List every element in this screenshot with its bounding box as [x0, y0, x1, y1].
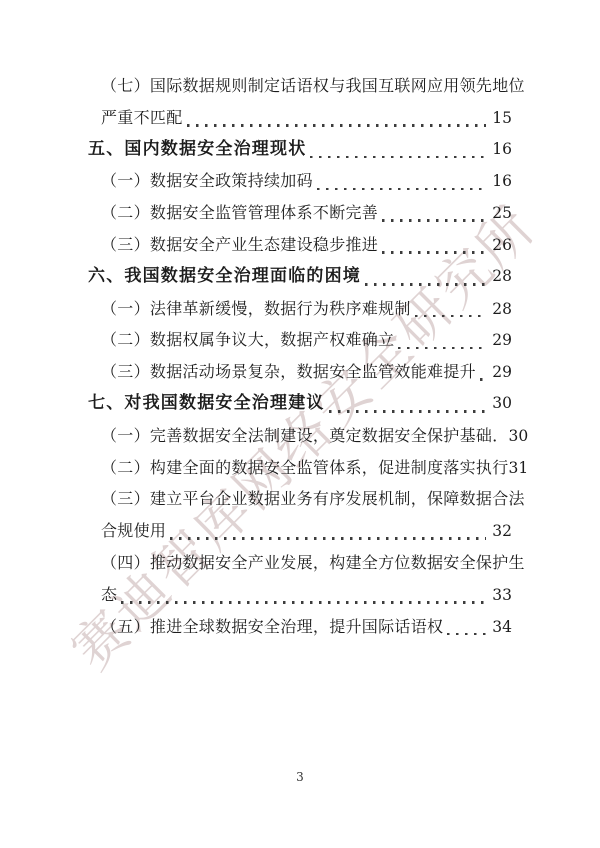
toc-entry: （五）推进全球数据安全治理，提升国际话语权 34 — [101, 611, 512, 643]
toc-entry-text: （七）国际数据规则制定话语权与我国互联网应用领先地位 — [101, 70, 525, 102]
dot-leader — [365, 283, 486, 286]
toc-entry-text: （四）推动数据安全产业发展，构建全方位数据安全保护生 — [101, 547, 525, 579]
dot-leader — [187, 124, 487, 127]
toc-entry: 态 33 — [101, 579, 512, 611]
toc-entry-text: 五、国内数据安全治理现状 — [88, 134, 306, 166]
toc-entry: （三）数据安全产业生态建设稳步推进 26 — [101, 229, 512, 261]
toc-entry-page: 30 — [509, 421, 529, 453]
dot-leader — [317, 188, 486, 191]
page-number: 3 — [0, 770, 600, 784]
dot-leader — [329, 410, 487, 413]
dot-leader — [415, 315, 487, 318]
toc-entry: 七、对我国数据安全治理建议 30 — [88, 388, 512, 420]
toc-entry-page: 28 — [492, 261, 512, 293]
toc-entry-page: 25 — [492, 198, 512, 230]
toc-entry-page: 30 — [492, 388, 512, 420]
dot-leader — [310, 156, 486, 159]
toc-entry-text: （三）建立平台企业数据业务有序发展机制，保障数据合法 — [101, 483, 525, 515]
toc-entry: 严重不匹配 15 — [101, 102, 512, 134]
toc-entry-text: （一）法律革新缓慢，数据行为秩序难规制 — [101, 293, 411, 325]
toc-entry-page: 31 — [509, 453, 529, 485]
toc-entry: （三）建立平台企业数据业务有序发展机制，保障数据合法 — [101, 483, 512, 515]
toc-entry-text: 合规使用 — [101, 515, 166, 547]
toc-entry: （一）数据安全政策持续加码 16 — [101, 165, 512, 197]
toc-entry-text: 态 — [101, 579, 117, 611]
toc-entry-text: （二）构建全面的数据安全监管体系，促进制度落实执行 — [101, 452, 509, 484]
toc-entry-text: （二）数据权属争议大，数据产权难确立 — [101, 324, 394, 356]
toc-entry-page: 33 — [492, 580, 512, 612]
document-page: 赛迪智库网络安全研究所 （七）国际数据规则制定话语权与我国互联网应用领先地位 严… — [0, 0, 600, 848]
toc-entry-page: 16 — [492, 166, 512, 198]
dot-leader — [398, 347, 486, 350]
toc-entry: 六、我国数据安全治理面临的困境 28 — [88, 261, 512, 293]
dot-leader — [447, 633, 486, 636]
toc-entry-page: 26 — [492, 230, 512, 262]
toc-entry-text: （五）推进全球数据安全治理，提升国际话语权 — [101, 611, 443, 643]
toc-entry-text: （一）数据安全政策持续加码 — [101, 165, 313, 197]
toc-entry: 合规使用 32 — [101, 515, 512, 547]
toc-entry-text: 七、对我国数据安全治理建议 — [88, 388, 325, 420]
toc-entry: （一）完善数据安全法制建设，奠定数据安全保护基础． 30 — [101, 420, 512, 452]
toc-entry-text: （三）数据活动场景复杂，数据安全监管效能难提升 — [101, 356, 476, 388]
toc-entry: （三）数据活动场景复杂，数据安全监管效能难提升 29 — [101, 356, 512, 388]
dot-leader — [121, 601, 486, 604]
dot-leader — [382, 219, 486, 222]
toc-entry: （二）构建全面的数据安全监管体系，促进制度落实执行 31 — [101, 452, 512, 484]
toc-entry-page: 28 — [492, 294, 512, 326]
dot-leader — [480, 378, 486, 381]
toc-entry-page: 16 — [492, 134, 512, 166]
toc-entry-text: （一）完善数据安全法制建设，奠定数据安全保护基础． — [101, 420, 509, 452]
toc-entry: （一）法律革新缓慢，数据行为秩序难规制 28 — [101, 293, 512, 325]
toc-list: （七）国际数据规则制定话语权与我国互联网应用领先地位 严重不匹配 15 五、国内… — [88, 70, 512, 642]
toc-entry-text: 六、我国数据安全治理面临的困境 — [88, 261, 361, 293]
toc-entry-page: 15 — [492, 103, 512, 135]
toc-entry-page: 29 — [492, 325, 512, 357]
toc-entry: （七）国际数据规则制定话语权与我国互联网应用领先地位 — [101, 70, 512, 102]
dot-leader — [170, 537, 486, 540]
toc-entry: （四）推动数据安全产业发展，构建全方位数据安全保护生 — [101, 547, 512, 579]
toc-entry: （二）数据安全监管管理体系不断完善 25 — [101, 197, 512, 229]
toc-entry-page: 29 — [492, 357, 512, 389]
toc-entry-page: 34 — [492, 612, 512, 644]
toc-entry-text: （三）数据安全产业生态建设稳步推进 — [101, 229, 378, 261]
toc-entry-page: 32 — [492, 516, 512, 548]
dot-leader — [382, 251, 486, 254]
toc-entry-text: 严重不匹配 — [101, 102, 183, 134]
toc-entry: 五、国内数据安全治理现状 16 — [88, 134, 512, 166]
toc-entry-text: （二）数据安全监管管理体系不断完善 — [101, 197, 378, 229]
toc-entry: （二）数据权属争议大，数据产权难确立 29 — [101, 324, 512, 356]
